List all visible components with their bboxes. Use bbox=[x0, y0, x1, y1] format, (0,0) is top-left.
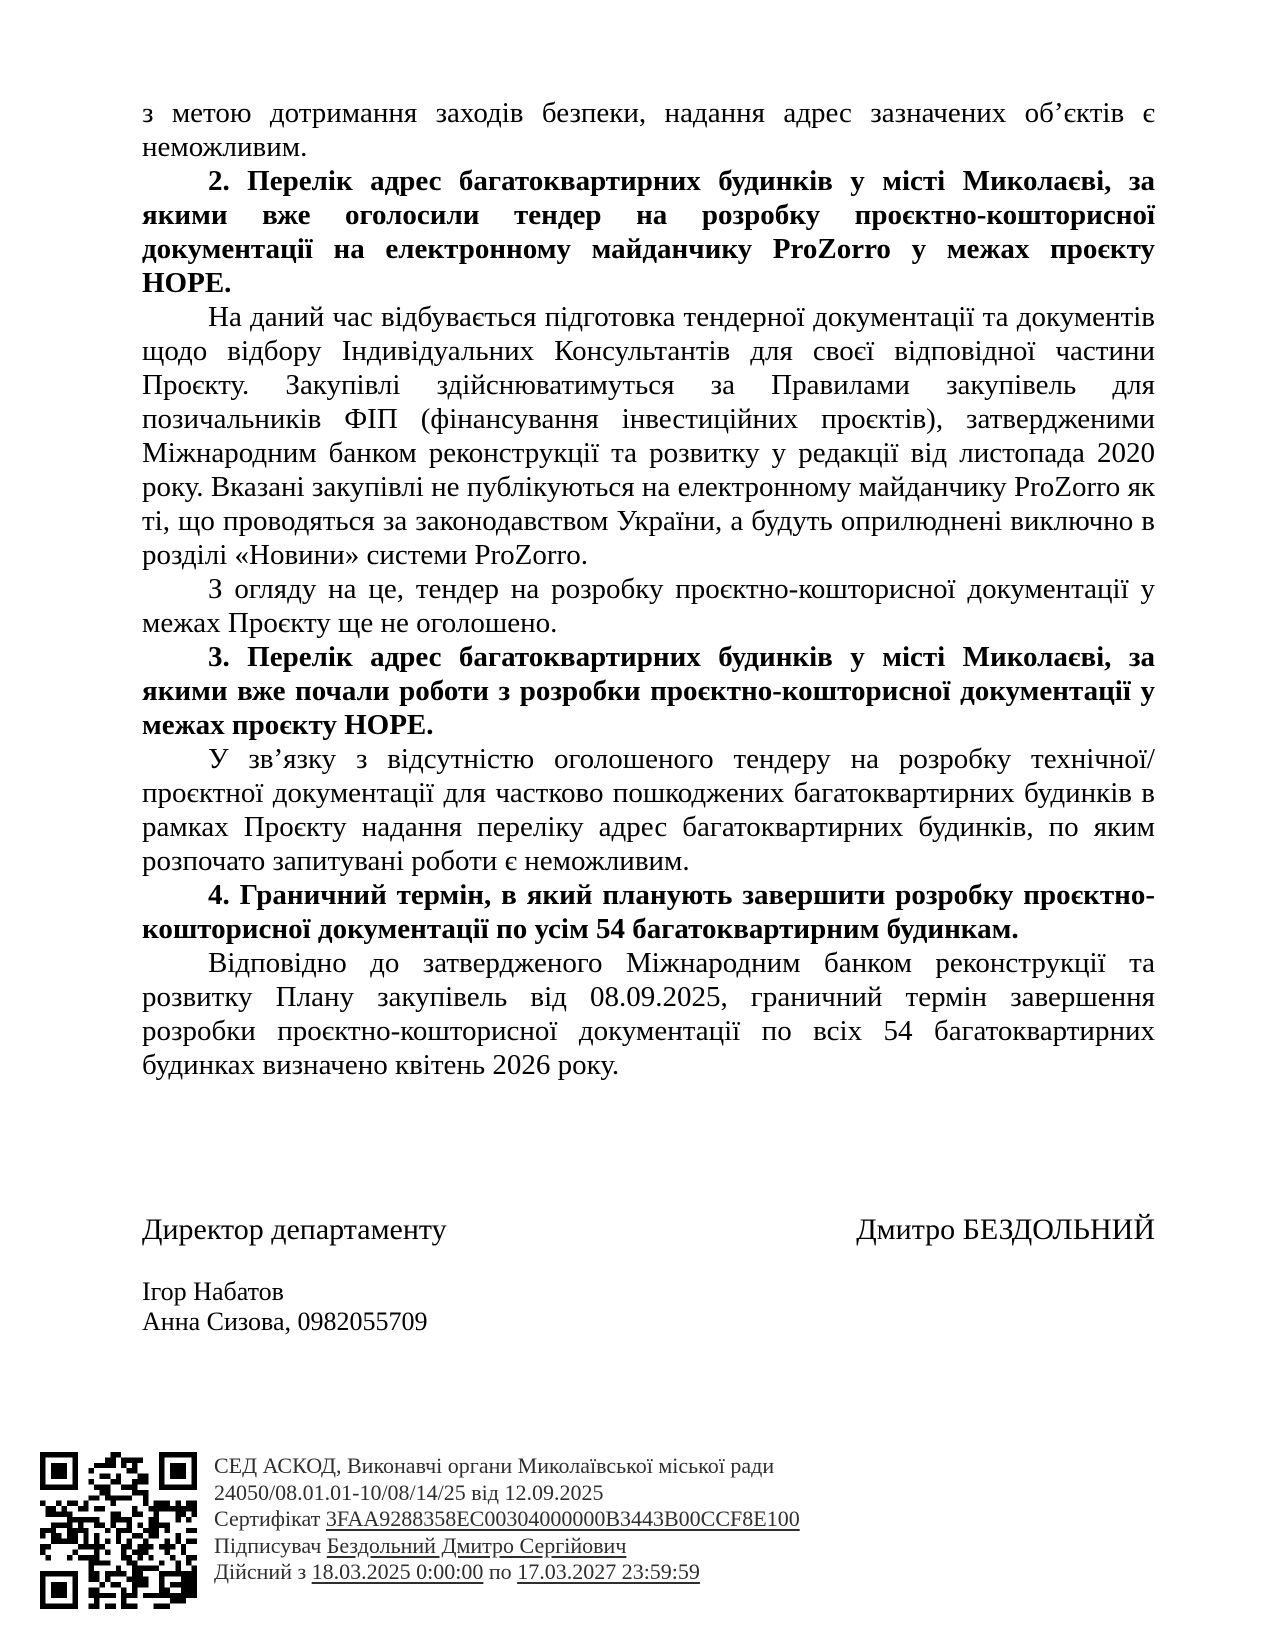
paragraph: 3. Перелік адрес багатоквартирних будинк… bbox=[142, 640, 1155, 742]
document-body: з метою дотримання заходів безпеки, нада… bbox=[142, 96, 1155, 1082]
stamp-line: 24050/08.01.01-10/08/14/25 від 12.09.202… bbox=[214, 1480, 800, 1507]
contact-line: Ігор Набатов bbox=[142, 1277, 1155, 1307]
stamp-line: СЕД АСКОД, Виконавчі органи Миколаївсько… bbox=[214, 1453, 800, 1480]
paragraph: Відповідно до затвердженого Міжнародним … bbox=[142, 946, 1155, 1082]
signature-role: Директор департаменту bbox=[142, 1213, 447, 1247]
paragraph: З огляду на це, тендер на розробку проєк… bbox=[142, 572, 1155, 640]
contact-line: Анна Сизова, 0982055709 bbox=[142, 1307, 1155, 1337]
stamp-text: СЕД АСКОД, Виконавчі органи Миколаївсько… bbox=[214, 1452, 800, 1586]
stamp-line: Підписувач Бездольний Дмитро Сергійович bbox=[214, 1533, 800, 1560]
paragraph: з метою дотримання заходів безпеки, нада… bbox=[142, 96, 1155, 164]
contacts-block: Ігор Набатов Анна Сизова, 0982055709 bbox=[142, 1277, 1155, 1337]
qr-code-icon bbox=[40, 1452, 197, 1609]
document-content: з метою дотримання заходів безпеки, нада… bbox=[142, 96, 1155, 1337]
signature-name: Дмитро БЕЗДОЛЬНИЙ bbox=[856, 1213, 1155, 1247]
digital-signature-stamp: СЕД АСКОД, Виконавчі органи Миколаївсько… bbox=[40, 1452, 800, 1609]
document-page: з метою дотримання заходів безпеки, нада… bbox=[0, 0, 1275, 1650]
paragraph: У зв’язку з відсутністю оголошеного тенд… bbox=[142, 742, 1155, 878]
paragraph: На даний час відбувається підготовка тен… bbox=[142, 300, 1155, 572]
paragraph: 2. Перелік адрес багатоквартирних будинк… bbox=[142, 164, 1155, 300]
stamp-line: Сертифікат 3FAA9288358EC00304000000B3443… bbox=[214, 1506, 800, 1533]
stamp-line: Дійсний з 18.03.2025 0:00:00 по 17.03.20… bbox=[214, 1559, 800, 1586]
signature-row: Директор департаменту Дмитро БЕЗДОЛЬНИЙ bbox=[142, 1213, 1155, 1247]
paragraph: 4. Граничний термін, в який планують зав… bbox=[142, 878, 1155, 946]
